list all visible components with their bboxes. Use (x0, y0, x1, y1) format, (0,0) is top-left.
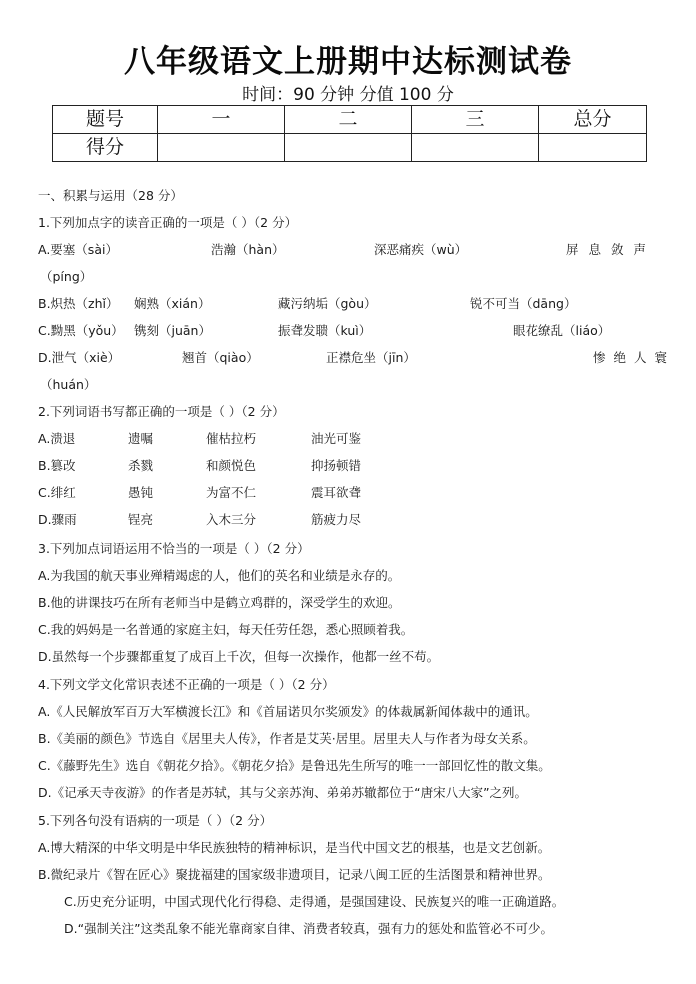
q2-b-item-3: 和颜悦色 (206, 458, 256, 474)
q2-b-item-2: 杀戮 (128, 458, 153, 474)
q2-d-item-4: 筋疲力尽 (311, 512, 361, 528)
exam-title: 八年级语文上册期中达标测试卷 (0, 36, 696, 81)
q5-option-a: A.博大精深的中华文明是中华民族独特的精神标识，是当代中国文艺的根基，也是文艺创… (38, 840, 550, 856)
row-label-score: 得分 (53, 134, 158, 162)
header-question-number: 题号 (53, 106, 158, 134)
question-3-stem: 3.下列加点词语运用不恰当的一项是（ ）（2 分） (38, 541, 310, 557)
q4-option-d: D.《记承天寺夜游》的作者是苏轼，其与父亲苏洵、弟弟苏辙都位于“唐宋八大家”之列… (38, 785, 527, 801)
question-5-stem: 5.下列各句没有语病的一项是（ ）（2 分） (38, 813, 272, 829)
q1-option-a: A.要塞（sài） (38, 242, 118, 258)
q2-c-item-4: 震耳欲聋 (311, 485, 361, 501)
q2-a-item-3: 催枯拉朽 (206, 431, 256, 447)
q1-c-item-2: 镌刻（juān） (134, 323, 211, 339)
q3-option-a: A.为我国的航天事业殚精竭虑的人，他们的英名和业绩是永存的。 (38, 568, 400, 584)
q3-option-b: B.他的讲课技巧在所有老师当中是鹤立鸡群的，深受学生的欢迎。 (38, 595, 401, 611)
q1-d-item-2: 翘首（qiào） (182, 350, 259, 366)
header-part-1: 一 (158, 106, 285, 134)
score-table-score-row: 得分 (53, 134, 647, 162)
q2-c-item-3: 为富不仁 (206, 485, 256, 501)
q1-b-item-1: B.炽热（zhǐ） (38, 296, 119, 312)
score-cell-part-3 (412, 134, 539, 162)
header-part-3: 三 (412, 106, 539, 134)
score-table-header-row: 题号 一 二 三 总分 (53, 106, 647, 134)
q2-a-item-2: 遗嘱 (128, 431, 153, 447)
q1-d-item-4: 惨 绝 人 寰 (593, 350, 669, 366)
q3-option-d: D.虽然每一个步骤都重复了成百上千次，但每一次操作，他都一丝不苟。 (38, 649, 439, 665)
q1-a-item-4: 屏 息 敛 声 (566, 242, 649, 258)
q1-b-item-4: 锐不可当（dāng） (470, 296, 576, 312)
q1-d-item-1: D.泄气（xiè） (38, 350, 120, 366)
header-part-2: 二 (285, 106, 412, 134)
q1-c-item-4: 眼花缭乱（liáo） (513, 323, 610, 339)
q1-a-item-3: 深恶痛疾（wù） (374, 242, 467, 258)
q1-c-item-1: C.黝黑（yǒu） (38, 323, 124, 339)
q2-d-item-2: 锃亮 (128, 512, 153, 528)
q1-a-item-1: A.要塞（sài） (38, 242, 118, 257)
header-total: 总分 (539, 106, 647, 134)
score-cell-part-2 (285, 134, 412, 162)
q1-c-item-3: 振聋发聩（kuì） (278, 323, 371, 339)
q1-d-item-3: 正襟危坐（jīn） (326, 350, 416, 366)
q2-d-item-3: 入木三分 (206, 512, 256, 528)
q1-d-item-4-pinyin: （huán） (40, 377, 96, 393)
q2-b-item-4: 抑扬顿错 (311, 458, 361, 474)
question-2-stem: 2.下列词语书写都正确的一项是（ ）（2 分） (38, 404, 285, 420)
q3-option-c: C.我的妈妈是一名普通的家庭主妇，每天任劳任怨，悉心照顾着我。 (38, 622, 413, 638)
question-4-stem: 4.下列文学文化常识表述不正确的一项是（ ）（2 分） (38, 677, 335, 693)
q2-c-item-2: 愚钝 (128, 485, 153, 501)
q2-d-item-1: D.骤雨 (38, 512, 77, 528)
q1-a-item-4-pinyin: （píng） (40, 269, 92, 285)
q4-option-a: A.《人民解放军百万大军横渡长江》和《首届诺贝尔奖颁发》的体裁属新闻体裁中的通讯… (38, 704, 538, 720)
q1-a-item-2: 浩瀚（hàn） (211, 242, 285, 258)
q2-b-item-1: B.篡改 (38, 458, 76, 474)
q5-option-d: D.“强制关注”这类乱象不能光靠商家自律、消费者较真，强有力的惩处和监管必不可少… (64, 921, 553, 937)
q4-option-c: C.《藤野先生》选自《朝花夕拾》。《朝花夕拾》是鲁迅先生所写的唯一一部回忆性的散… (38, 758, 551, 774)
q1-b-item-3: 藏污纳垢（gòu） (278, 296, 377, 312)
score-cell-part-1 (158, 134, 285, 162)
q2-a-item-1: A.溃退 (38, 431, 75, 447)
question-1-stem: 1.下列加点字的读音正确的一项是（ ）（2 分） (38, 215, 297, 231)
q4-option-b: B.《美丽的颜色》节选自《居里夫人传》，作者是艾芙·居里。居里夫人与作者为母女关… (38, 731, 536, 747)
q5-option-b: B.微纪录片《智在匠心》聚拢福建的国家级非遗项目，记录八闽工匠的生活图景和精神世… (38, 867, 551, 883)
q2-a-item-4: 油光可鉴 (311, 431, 361, 447)
q1-b-item-2: 娴熟（xián） (134, 296, 210, 312)
q2-c-item-1: C.绯红 (38, 485, 76, 501)
section-title: 一、积累与运用（28 分） (38, 188, 183, 204)
score-table: 题号 一 二 三 总分 得分 (52, 105, 647, 162)
exam-time-score: 时间：90 分钟 分值 100 分 (0, 80, 696, 105)
q5-option-c: C.历史充分证明，中国式现代化行得稳、走得通，是强国建设、民族复兴的唯一正确道路… (64, 894, 564, 910)
score-cell-total (539, 134, 647, 162)
